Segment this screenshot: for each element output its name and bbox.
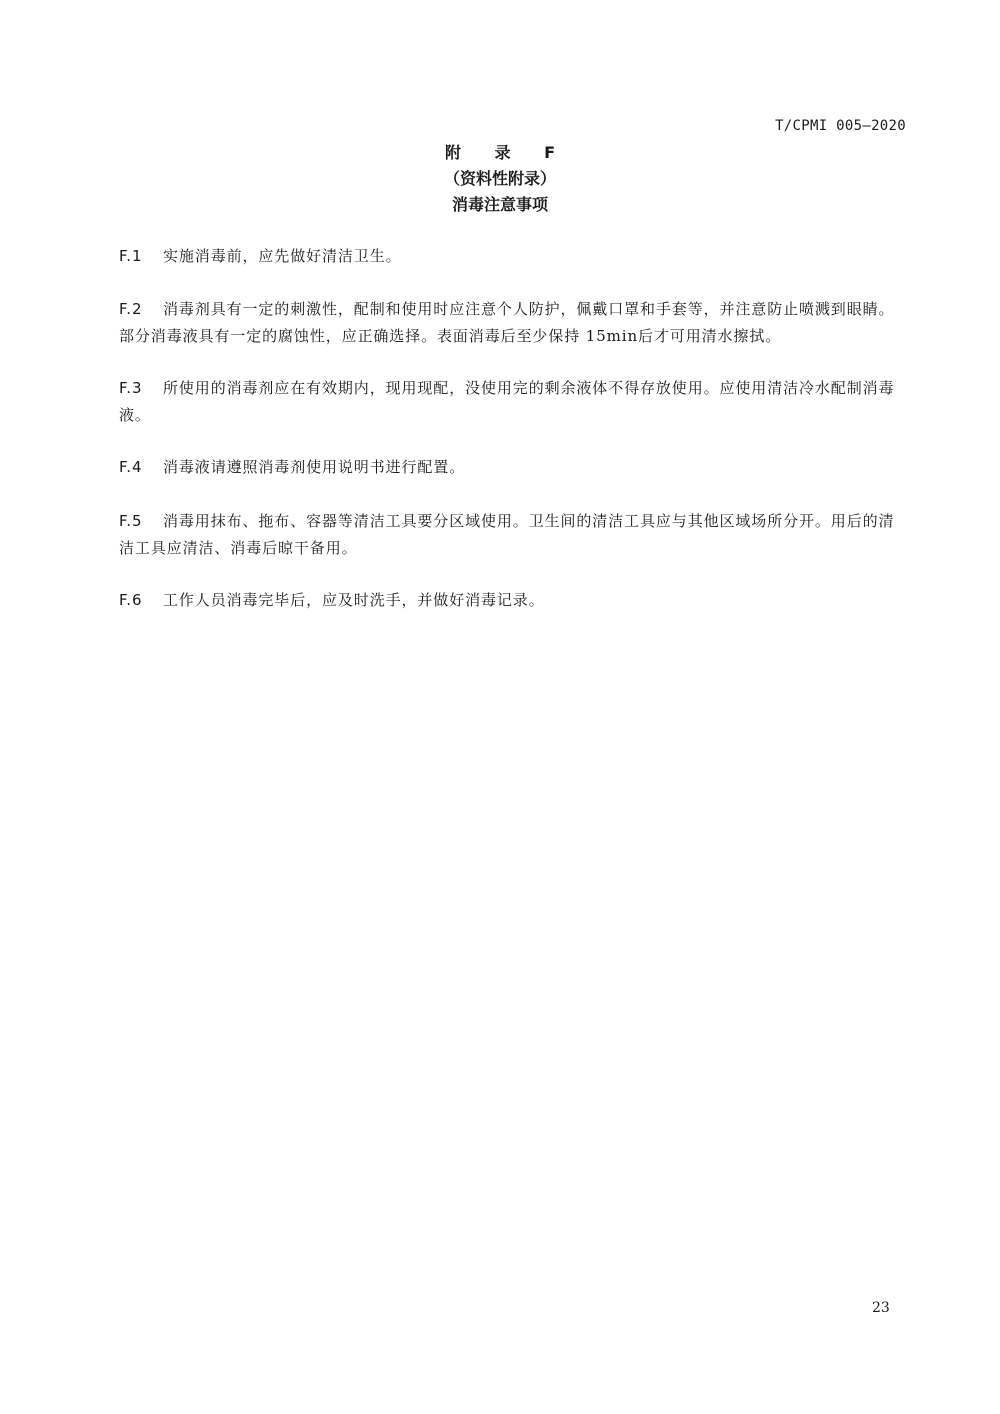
clause-number: F.1 — [119, 243, 163, 270]
clause-f3: F.3所使用的消毒剂应在有效期内，现用现配，没使用完的剩余液体不得存放使用。应使… — [119, 375, 909, 429]
clause-number: F.6 — [119, 587, 163, 614]
clause-text: 消毒剂具有一定的刺激性，配制和使用时应注意个人防护，佩戴口罩和手套等，并注意防止… — [119, 300, 894, 345]
clause-f6: F.6工作人员消毒完毕后，应及时洗手，并做好消毒记录。 — [119, 587, 909, 614]
clause-text: 消毒用抹布、拖布、容器等清洁工具要分区域使用。卫生间的清洁工具应与其他区域场所分… — [119, 512, 894, 557]
clause-f2: F.2消毒剂具有一定的刺激性，配制和使用时应注意个人防护，佩戴口罩和手套等，并注… — [119, 296, 909, 350]
clause-number: F.3 — [119, 375, 163, 402]
clause-text: 消毒液请遵照消毒剂使用说明书进行配置。 — [163, 458, 465, 476]
appendix-subject: 消毒注意事项 — [0, 192, 1000, 218]
clause-f1: F.1实施消毒前，应先做好清洁卫生。 — [119, 243, 909, 270]
clause-f5: F.5消毒用抹布、拖布、容器等清洁工具要分区域使用。卫生间的清洁工具应与其他区域… — [119, 508, 909, 562]
appendix-nature: （资料性附录） — [0, 166, 1000, 192]
clause-number: F.4 — [119, 454, 163, 481]
clause-f4: F.4消毒液请遵照消毒剂使用说明书进行配置。 — [119, 454, 909, 481]
standard-code: T/CPMI 005—2020 — [775, 118, 906, 134]
clause-number: F.5 — [119, 508, 163, 535]
clause-text: 实施消毒前，应先做好清洁卫生。 — [163, 247, 402, 265]
clause-text: 工作人员消毒完毕后，应及时洗手，并做好消毒记录。 — [163, 591, 545, 609]
page-number: 23 — [872, 1300, 890, 1316]
clause-text: 所使用的消毒剂应在有效期内，现用现配，没使用完的剩余液体不得存放使用。应使用清洁… — [119, 379, 894, 424]
appendix-title-block: 附 录 F （资料性附录） 消毒注意事项 — [0, 140, 1000, 218]
clause-number: F.2 — [119, 296, 163, 323]
appendix-label: 附 录 F — [0, 140, 1000, 166]
